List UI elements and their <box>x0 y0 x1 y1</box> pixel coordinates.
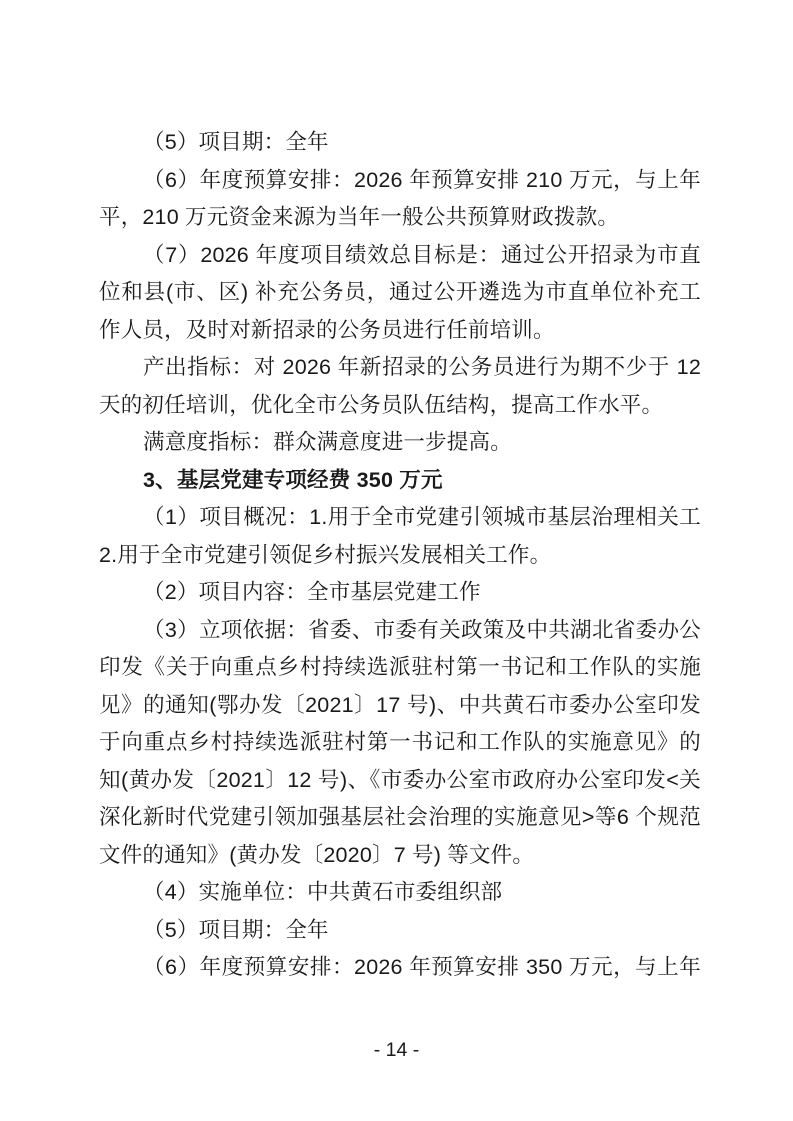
text-line: 见》的通知(鄂办发〔2021〕17 号)、中共黄石市委办公室印发《关 <box>99 687 701 725</box>
text-line: （6）年度预算安排：2026 年预算安排 210 万元，与上年持 <box>99 162 701 200</box>
document-page: （5）项目期：全年（6）年度预算安排：2026 年预算安排 210 万元，与上年… <box>0 0 793 1121</box>
text-line: （2）项目内容：全市基层党建工作 <box>99 574 701 612</box>
text-line: 作人员，及时对新招录的公务员进行任前培训。 <box>99 312 701 350</box>
text-line: （1）项目概况：1.用于全市党建引领城市基层治理相关工作； <box>99 499 701 537</box>
text-line: （3）立项依据：省委、市委有关政策及中共湖北省委办公厅 <box>99 612 701 650</box>
text-line: （5）项目期：全年 <box>99 912 701 950</box>
text-line: 于向重点乡村持续选派驻村第一书记和工作队的实施意见》的通 <box>99 724 701 762</box>
text-line: （7）2026 年度项目绩效总目标是：通过公开招录为市直单 <box>99 237 701 275</box>
text-line: （5）项目期：全年 <box>99 124 701 162</box>
text-line: 印发《关于向重点乡村持续选派驻村第一书记和工作队的实施意 <box>99 649 701 687</box>
text-line: （6）年度预算安排：2026 年预算安排 350 万元，与上年持 <box>99 949 701 987</box>
text-line: 天的初任培训，优化全市公务员队伍结构，提高工作水平。 <box>99 387 701 425</box>
text-line: 知(黄办发〔2021〕12 号)、《市委办公室市政府办公室印发<关于 <box>99 762 701 800</box>
text-line: 2.用于全市党建引领促乡村振兴发展相关工作。 <box>99 537 701 575</box>
text-line: 3、基层党建专项经费 350 万元 <box>99 462 701 500</box>
text-line: 满意度指标：群众满意度进一步提高。 <box>99 424 701 462</box>
text-line: （4）实施单位：中共黄石市委组织部 <box>99 874 701 912</box>
document-body: （5）项目期：全年（6）年度预算安排：2026 年预算安排 210 万元，与上年… <box>99 124 701 987</box>
text-line: 深化新时代党建引领加强基层社会治理的实施意见>等6 个规范性 <box>99 799 701 837</box>
text-line: 文件的通知》(黄办发〔2020〕7 号) 等文件。 <box>99 837 701 875</box>
text-line: 平，210 万元资金来源为当年一般公共预算财政拨款。 <box>99 199 701 237</box>
text-line: 位和县(市、区) 补充公务员，通过公开遴选为市直单位补充工 <box>99 274 701 312</box>
text-line: 产出指标：对 2026 年新招录的公务员进行为期不少于 12 <box>99 349 701 387</box>
page-number: - 14 - <box>0 1036 793 1064</box>
